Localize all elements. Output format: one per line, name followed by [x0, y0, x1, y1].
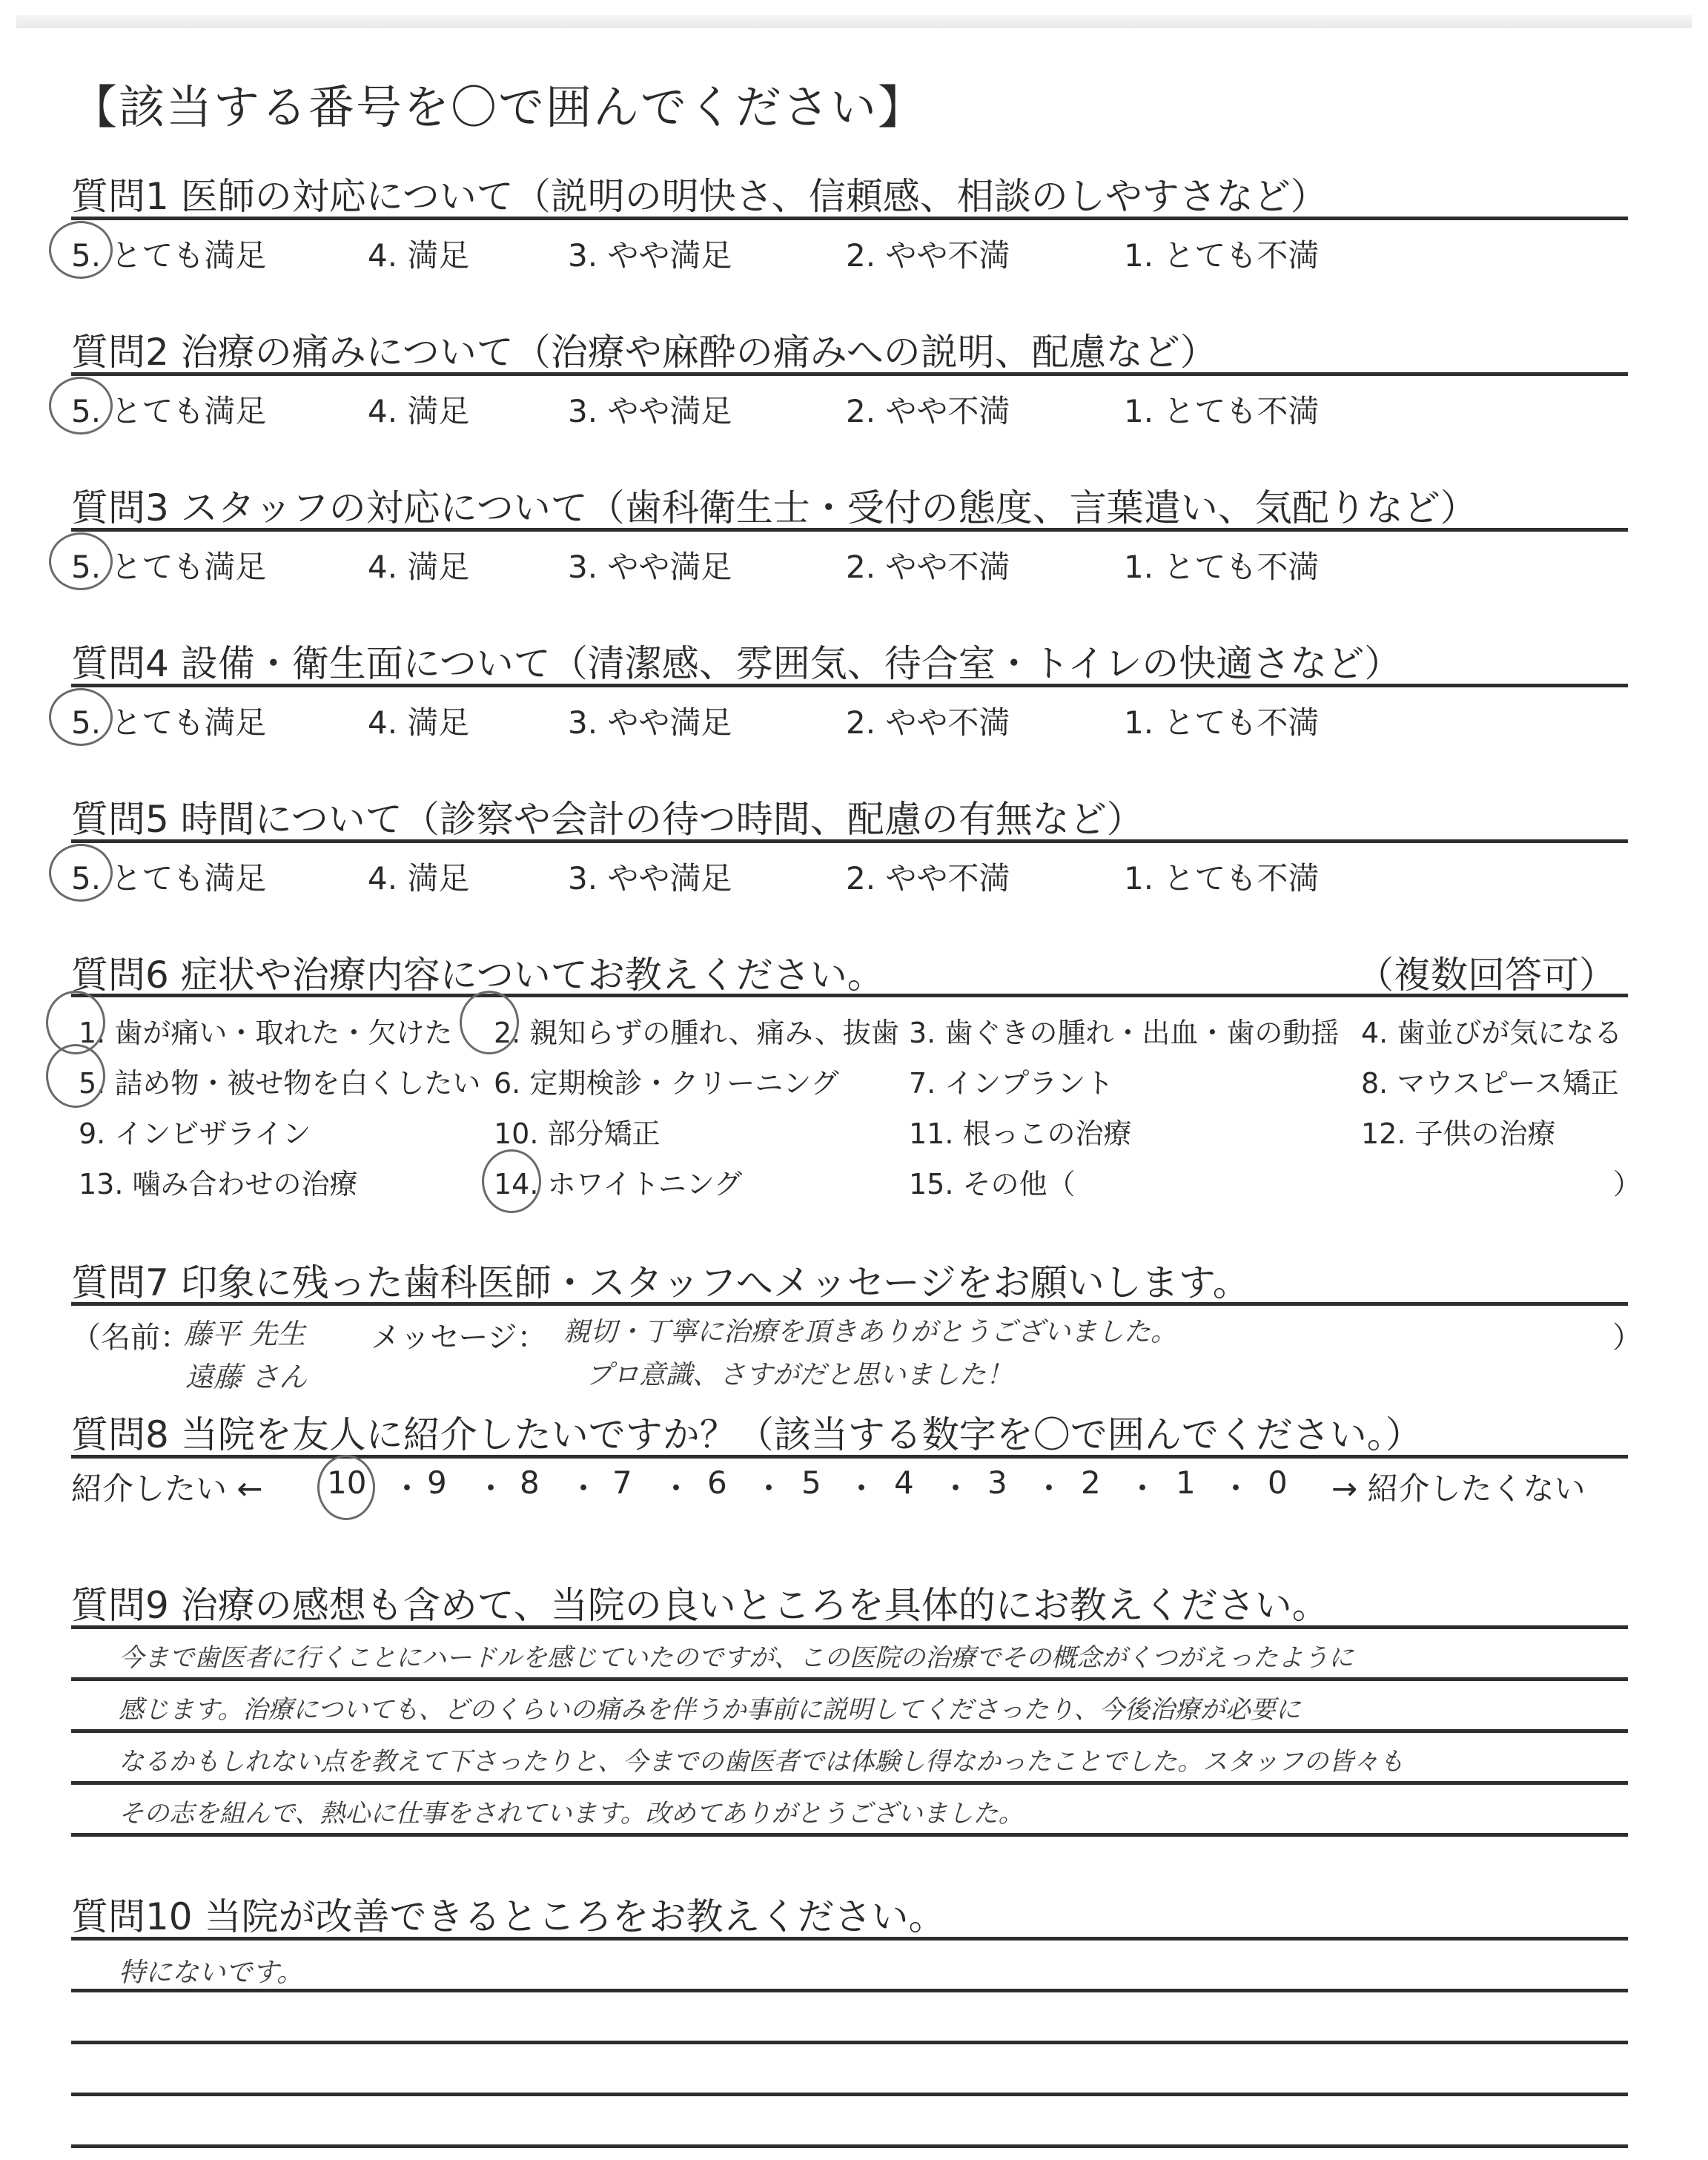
- option-1[interactable]: 1. 歯が痛い・取れた・欠けた: [79, 1010, 452, 1051]
- question-3-label: 質問3 スタッフの対応について（歯科衛生士・受付の態度、言葉遣い、気配りなど）: [71, 478, 1477, 532]
- option-2[interactable]: 2. やや不満: [846, 854, 1010, 899]
- divider: [71, 2041, 1628, 2044]
- option-1[interactable]: 1. とても不満: [1124, 231, 1319, 276]
- question-6-note: （複数回答可）: [1357, 945, 1616, 999]
- option-3[interactable]: 3. やや満足: [568, 231, 732, 276]
- selection-circle: [46, 1044, 105, 1108]
- scale-5[interactable]: 5: [801, 1464, 821, 1501]
- option-4[interactable]: 4. 歯並びが気になる: [1361, 1010, 1622, 1051]
- scale-1[interactable]: 1: [1176, 1464, 1196, 1501]
- option-15-other[interactable]: 15. その他（: [909, 1161, 1076, 1202]
- scale-0[interactable]: 0: [1268, 1464, 1288, 1501]
- option-2[interactable]: 2. 親知らずの腫れ、痛み、抜歯: [494, 1010, 899, 1051]
- divider: [71, 994, 1628, 997]
- divider: [71, 1781, 1628, 1785]
- answer-line-1: 今まで歯医者に行くことにハードルを感じていたのですが、この医院の治療でその概念が…: [119, 1637, 1354, 1674]
- selection-circle: [317, 1455, 375, 1520]
- option-7[interactable]: 7. インプラント: [909, 1060, 1113, 1101]
- staff-name-1: 藤平 先生: [184, 1311, 305, 1352]
- question-7-label: 質問7 印象に残った歯科医師・スタッフへメッセージをお願いします。: [71, 1253, 1250, 1307]
- question-6-options: 1. 歯が痛い・取れた・欠けた 2. 親知らずの腫れ、痛み、抜歯 3. 歯ぐきの…: [71, 1010, 1628, 1218]
- divider: [71, 217, 1628, 220]
- selection-circle: [49, 377, 113, 435]
- divider: [71, 1302, 1628, 1306]
- scale-9[interactable]: 9: [427, 1464, 447, 1501]
- option-2[interactable]: 2. やや不満: [846, 543, 1010, 587]
- question-1-label: 質問1 医師の対応について（説明の明快さ、信頼感、相談のしやすさなど）: [71, 167, 1328, 220]
- option-3[interactable]: 3. 歯ぐきの腫れ・出血・歯の動揺: [909, 1010, 1339, 1051]
- option-1[interactable]: 1. とても不満: [1124, 698, 1319, 743]
- divider: [71, 1729, 1628, 1733]
- question-9-label: 質問9 治療の感想も含めて、当院の良いところを具体的にお教えください。: [71, 1576, 1329, 1629]
- message-close-paren: ）: [1612, 1314, 1642, 1356]
- scale-left-label: 紹介したい ←: [71, 1464, 263, 1509]
- option-13[interactable]: 13. 噛み合わせの治療: [79, 1161, 358, 1202]
- selection-circle: [49, 844, 113, 902]
- option-4[interactable]: 4. 満足: [368, 231, 469, 276]
- scale-6[interactable]: 6: [707, 1464, 727, 1501]
- name-label: （名前：: [71, 1314, 190, 1356]
- option-3[interactable]: 3. やや満足: [568, 698, 732, 743]
- message-line-2: プロ意識、さすがだと思いました！: [586, 1354, 1013, 1392]
- divider: [71, 1677, 1628, 1681]
- option-1[interactable]: 1. とても不満: [1124, 387, 1319, 432]
- option-4[interactable]: 4. 満足: [368, 854, 469, 899]
- divider: [71, 2144, 1628, 2148]
- scale-8[interactable]: 8: [520, 1464, 540, 1501]
- other-close-paren: ）: [1613, 1161, 1641, 1202]
- option-4[interactable]: 4. 満足: [368, 387, 469, 432]
- option-1[interactable]: 1. とても不満: [1124, 854, 1319, 899]
- option-8[interactable]: 8. マウスピース矯正: [1361, 1060, 1619, 1101]
- option-2[interactable]: 2. やや不満: [846, 231, 1010, 276]
- option-2[interactable]: 2. やや不満: [846, 387, 1010, 432]
- message-label: メッセージ：: [371, 1314, 547, 1356]
- option-4[interactable]: 4. 満足: [368, 698, 469, 743]
- question-5-label: 質問5 時間について（診察や会計の待つ時間、配慮の有無など）: [71, 790, 1144, 843]
- option-12[interactable]: 12. 子供の治療: [1361, 1111, 1556, 1152]
- scale-right-label: → 紹介したくない: [1331, 1464, 1586, 1509]
- answer-line-4: その志を組んで、熱心に仕事をされています。改めてありがとうございました。: [119, 1793, 1024, 1829]
- question-2-label: 質問2 治療の痛みについて（治療や麻酔の痛みへの説明、配慮など）: [71, 323, 1217, 376]
- answer-line-3: なるかもしれない点を教えて下さったりと、今までの歯医者では体験し得なかったことで…: [119, 1741, 1404, 1777]
- scan-top-edge: [16, 15, 1692, 28]
- selection-circle: [460, 991, 519, 1054]
- question-4-label: 質問4 設備・衛生面について（清潔感、雰囲気、待合室・トイレの快適さなど）: [71, 634, 1401, 687]
- message-line-1: 親切・丁寧に治療を頂きありがとうございました。: [563, 1311, 1177, 1349]
- divider: [71, 1937, 1628, 1941]
- divider: [71, 1989, 1628, 1992]
- question-6-label: 質問6 症状や治療内容についてお教えください。: [71, 945, 884, 999]
- option-9[interactable]: 9. インビザライン: [79, 1111, 311, 1152]
- divider: [71, 372, 1628, 376]
- option-4[interactable]: 4. 満足: [368, 543, 469, 587]
- selection-circle: [49, 221, 113, 279]
- option-3[interactable]: 3. やや満足: [568, 854, 732, 899]
- option-11[interactable]: 11. 根っこの治療: [909, 1111, 1132, 1152]
- answer-line-2: 感じます。治療についても、どのくらいの痛みを伴うか事前に説明してくださったり、今…: [119, 1689, 1301, 1725]
- option-2[interactable]: 2. やや不満: [846, 698, 1010, 743]
- divider: [71, 1625, 1628, 1629]
- scale-4[interactable]: 4: [894, 1464, 914, 1501]
- option-5[interactable]: 5. 詰め物・被せ物を白くしたい: [79, 1060, 480, 1101]
- divider: [71, 528, 1628, 532]
- selection-circle: [482, 1149, 541, 1213]
- option-10[interactable]: 10. 部分矯正: [494, 1111, 661, 1152]
- selection-circle: [49, 532, 113, 590]
- scale-7[interactable]: 7: [612, 1464, 632, 1501]
- option-1[interactable]: 1. とても不満: [1124, 543, 1319, 587]
- divider: [71, 1833, 1628, 1837]
- divider: [71, 1455, 1628, 1459]
- selection-circle: [49, 688, 113, 746]
- divider: [71, 2093, 1628, 2096]
- answer-line-1: 特にないです。: [119, 1952, 303, 1989]
- option-6[interactable]: 6. 定期検診・クリーニング: [494, 1060, 839, 1101]
- divider: [71, 684, 1628, 687]
- question-8-label: 質問8 当院を友人に紹介したいですか？（該当する数字を〇で囲んでください。）: [71, 1405, 1423, 1459]
- scale-3[interactable]: 3: [987, 1464, 1007, 1501]
- page-title: 【該当する番号を〇で囲んでください】: [71, 70, 925, 136]
- option-3[interactable]: 3. やや満足: [568, 387, 732, 432]
- divider: [71, 839, 1628, 843]
- question-10-label: 質問10 当院が改善できるところをお教えください。: [71, 1887, 946, 1941]
- staff-name-2: 遠藤 さん: [185, 1354, 307, 1395]
- scale-2[interactable]: 2: [1081, 1464, 1101, 1501]
- option-3[interactable]: 3. やや満足: [568, 543, 732, 587]
